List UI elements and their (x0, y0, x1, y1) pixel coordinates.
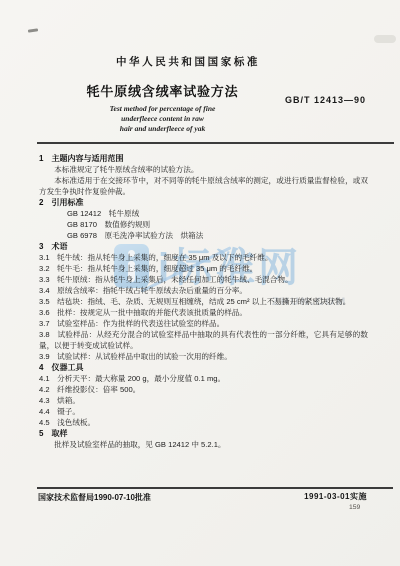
instrument-item: 4.1 分析天平：最大称量 200 g，最小分度值 0.1 mg。 (39, 373, 368, 384)
section2-heading: 2 引用标准 (39, 197, 368, 208)
section1-para1: 本标准规定了牦牛原绒含绒率的试验方法。 (39, 164, 368, 175)
section4-heading: 4 仪器工具 (39, 362, 368, 373)
instrument-item: 4.5 浅色绒板。 (39, 417, 368, 428)
term-item: 3.4 原绒含绒率：指牦牛绒占牦牛原绒去杂后重量的百分率。 (39, 285, 368, 296)
reference-item: GB 6978 原毛洗净率试验方法 烘箱法 (39, 230, 368, 241)
header-rule (37, 142, 394, 144)
scan-artifact (28, 28, 38, 32)
document-title-cn: 牦牛原绒含绒率试验方法 (0, 81, 325, 100)
instrument-item: 4.2 纤维投影仪：倍率 500。 (39, 384, 368, 395)
section5-para: 批样及试验室样品的抽取，见 GB 12412 中 5.2.1。 (39, 439, 368, 450)
document-title-en: Test method for percentage of fine under… (0, 104, 325, 134)
document-body: 1 主题内容与适用范围 本标准规定了牦牛原绒含绒率的试验方法。 本标准适用于在交… (39, 153, 368, 450)
term-item: 3.2 牦牛毛：指从牦牛身上采集的，细度超过 35 μm 的毛纤维。 (39, 263, 368, 274)
section3-heading: 3 术语 (39, 241, 368, 252)
instrument-item: 4.4 镊子。 (39, 406, 368, 417)
title-en-line2: underfleece content in raw (0, 114, 325, 124)
section5-heading: 5 取样 (39, 428, 368, 439)
section1-para2: 本标准适用于在交接环节中，对不同等的牦牛原绒含绒率的测定，或进行质量监督检验，或… (39, 175, 368, 197)
term-item: 3.8 试验样品：从经充分混合的试验室样品中抽取的具有代表性的一部分纤维，它具有… (39, 329, 368, 351)
term-item: 3.5 结毡块：指绒、毛、杂质、无规则互相缠绕，结成 25 cm² 以上不易撕开… (39, 296, 368, 307)
approval-authority: 国家技术监督局1990-07-10批准 (38, 492, 151, 503)
reference-item: GB 12412 牦牛原绒 (39, 208, 368, 219)
term-item: 3.1 牦牛绒：指从牦牛身上采集的，细度在 35 μm 及以下的毛纤维。 (39, 252, 368, 263)
page-number: 159 (349, 504, 360, 511)
title-en-line3: hair and underfleece of yak (0, 124, 325, 134)
authority-line: 中华人民共和国国家标准 (0, 54, 376, 69)
footer-rule (37, 487, 393, 489)
term-item: 3.9 试验试样：从试验样品中取出的试验一次用的纤维。 (39, 351, 368, 362)
term-item: 3.7 试验室样品：作为批样的代表送往试验室的样品。 (39, 318, 368, 329)
section1-heading: 1 主题内容与适用范围 (39, 153, 368, 164)
instrument-item: 4.3 烘箱。 (39, 395, 368, 406)
scanned-page: i标准网 ZHUN.COM 中华人民共和国国家标准 牦牛原绒含绒率试验方法 GB… (0, 0, 400, 566)
term-item: 3.3 牦牛原绒：指从牦牛身上采集后，未经任何加工的牦牛绒、毛混合物。 (39, 274, 368, 285)
scan-artifact (374, 35, 396, 43)
term-item: 3.6 批样：按规定从一批中抽取的并能代表该批质量的样品。 (39, 307, 368, 318)
reference-item: GB 8170 数值修约规则 (39, 219, 368, 230)
implementation-date: 1991-03-01实施 (304, 491, 367, 502)
title-en-line1: Test method for percentage of fine (0, 104, 325, 114)
